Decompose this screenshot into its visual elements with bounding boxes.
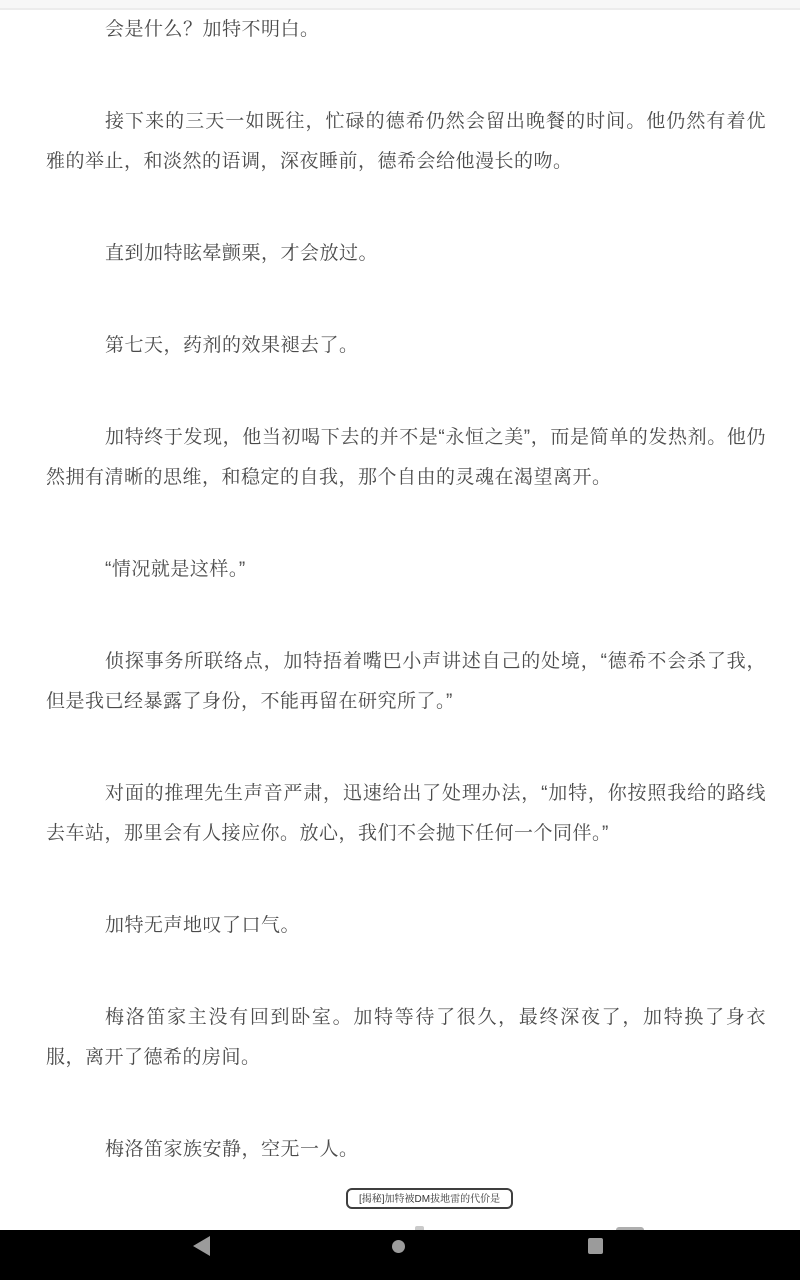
recents-icon[interactable] [588,1238,603,1254]
paragraph: 接下来的三天一如既往，忙碌的德希仍然会留出晚餐的时间。他仍然有着优雅的举止，和淡… [46,102,766,182]
paragraph: 会是什么？加特不明白。 [46,10,766,50]
paragraph: 对面的推理先生声音严肃，迅速给出了处理办法，“加特，你按照我给的路线去车站，那里… [46,774,766,854]
paragraph: 侦探事务所联络点，加特捂着嘴巴小声讲述自己的处境，“德希不会杀了我，但是我已经暴… [46,642,766,722]
home-icon[interactable] [392,1240,405,1253]
paragraph: 梅洛笛家主没有回到卧室。加特等待了很久，最终深夜了，加特换了身衣服，离开了德希的… [46,998,766,1078]
paragraph: 第七天，药剂的效果褪去了。 [46,326,766,366]
paragraph: 梅洛笛家族安静，空无一人。 [46,1130,766,1170]
status-bar-strip [0,0,800,10]
chapter-badge[interactable]: [揭秘]加特被DM拔地雷的代价是 [346,1188,513,1209]
paragraph: “情况就是这样。” [46,550,766,590]
paragraph: 加特终于发现，他当初喝下去的并不是“永恒之美”，而是简单的发热剂。他仍然拥有清晰… [46,418,766,498]
reader-content: 会是什么？加特不明白。接下来的三天一如既往，忙碌的德希仍然会留出晚餐的时间。他仍… [0,10,800,1222]
paragraph: 加特无声地叹了口气。 [46,906,766,946]
paragraph: 直到加特眩晕颤栗，才会放过。 [46,234,766,274]
back-icon[interactable] [193,1236,210,1256]
android-navigation-bar [0,1230,800,1280]
